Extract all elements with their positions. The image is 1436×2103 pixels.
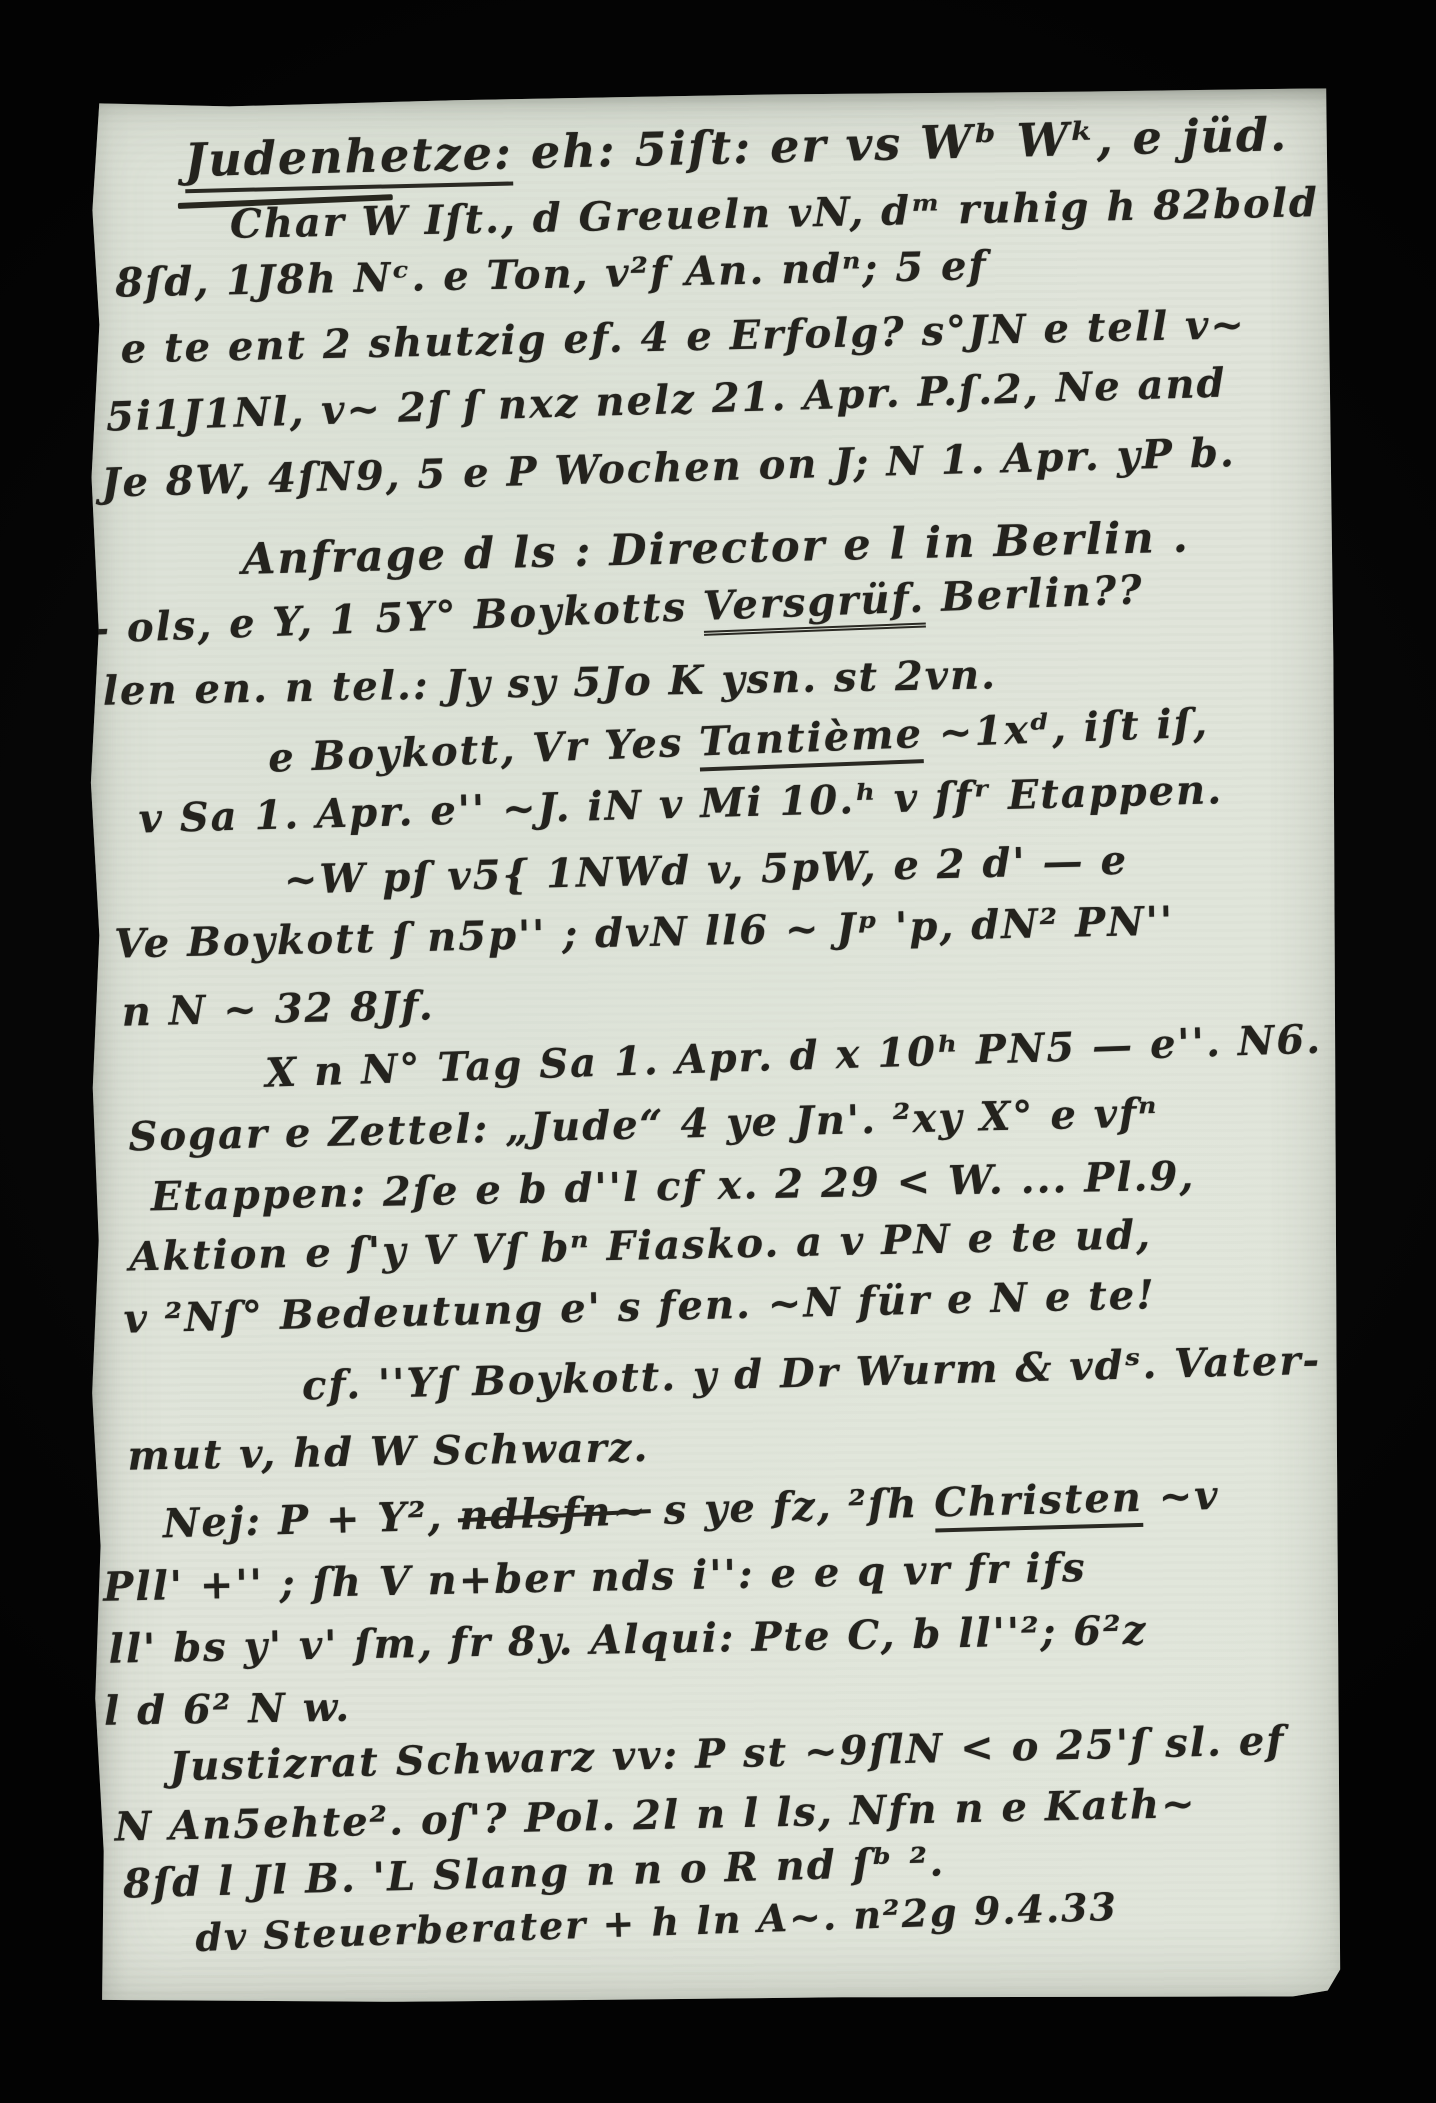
- handwriting-line: Sogar e Zettel: „Jude“ 4 ye Jn'. ²xy X° …: [128, 1091, 1159, 1159]
- handwriting-text: - ols, e Y, 1 5Y° Boykotts: [92, 583, 704, 653]
- handwriting-text: s ye fz, ²ſh: [647, 1479, 935, 1534]
- handwriting-text: eh: 5iſt: er vs Wᵇ Wᵏ, e jüd.: [512, 107, 1288, 179]
- handwriting-line: l d 6² N w.: [104, 1686, 352, 1734]
- handwriting-line: 8ſd, 1J8h Nᶜ. e Ton, v²f An. ndⁿ; 5 ef: [115, 244, 988, 306]
- handwriting-line: N An5ehte². oſ'? Pol. 2l n l ls, Nfn n e…: [114, 1782, 1197, 1850]
- diary-page: Judenhetze: eh: 5iſt: er vs Wᵇ Wᵏ, e jüd…: [79, 88, 1343, 2004]
- handwriting-line: len en. n tel.: Jy sy 5Jo K ysn. st 2vn.: [102, 653, 997, 713]
- handwriting-line: ~W pſ v5{ 1NWd v, 5pW, e 2 d' — e: [283, 839, 1128, 903]
- handwriting-line: Aktion e ſ'y V Vſ bⁿ Fiasko. a v PN e te…: [129, 1213, 1153, 1279]
- handwriting-text: ~v: [1142, 1472, 1220, 1521]
- handwriting-line: Etappen: 2ſe e b d''l cf x. 2 29 < W. ..…: [150, 1154, 1195, 1219]
- handwriting-line: v ²Nſ° Bedeutung e' s fen. ~N für e N e …: [123, 1273, 1156, 1341]
- handwriting-line: Judenhetze: eh: 5iſt: er vs Wᵇ Wᵏ, e jüd…: [184, 109, 1289, 186]
- handwriting-line: ll' bs y' v' ſm, fr 8y. Alqui: Pte C, b …: [108, 1609, 1148, 1672]
- handwriting-line: Ve Boykott ſ n5p'' ; dvN ll6 ~ Jᵖ 'p, dN…: [114, 900, 1175, 967]
- handwriting-text: Berlin??: [924, 566, 1144, 621]
- handwriting-line: Char W Iſt., d Greueln vN, dᵐ ruhig h 82…: [230, 181, 1320, 247]
- handwriting-text: e Boykott, Vr Yes: [267, 719, 700, 782]
- handwriting-line: e Boykott, Vr Yes Tantième ~1xᵈ, iſt iſ,: [267, 701, 1209, 780]
- handwriting-line: Pll' +'' ; ſh V n+ber nds i'': e e q vr …: [103, 1546, 1087, 1610]
- handwriting-line: Je 8W, 4ſN9, 5 e P Wochen on J; N 1. Apr…: [101, 431, 1236, 506]
- underlined-word-judenhetze: Judenhetze:: [184, 125, 514, 193]
- underlined-word: Tantième: [698, 710, 924, 771]
- handwriting-line: mut v, hd W Schwarz.: [127, 1426, 650, 1479]
- handwriting-line: 5i1J1Nl, v~ 2ſ ſ nxz nelz 21. Apr. P.ſ.2…: [105, 361, 1227, 439]
- underlined-word-christen: Christen: [934, 1474, 1144, 1533]
- handwriting-text: Nej: P + Y²,: [162, 1492, 460, 1547]
- handwriting-line: n N ~ 32 8Jf.: [121, 984, 435, 1034]
- handwriting-line: e te ent 2 shutzig ef. 4 e Erfolg? s°JN …: [120, 303, 1246, 372]
- handwriting-line: cf. ''Yſ Boykott. y d Dr Wurm & vdˢ. Vat…: [302, 1339, 1322, 1409]
- struck-out-word: ndlsfn~: [459, 1487, 649, 1539]
- handwriting-line: Nej: P + Y², ndlsfn~ s ye fz, ²ſh Christ…: [162, 1474, 1220, 1547]
- handwriting-text: ~1xᵈ, iſt iſ,: [922, 699, 1210, 757]
- underlined-word: Versgrüf.: [702, 575, 926, 636]
